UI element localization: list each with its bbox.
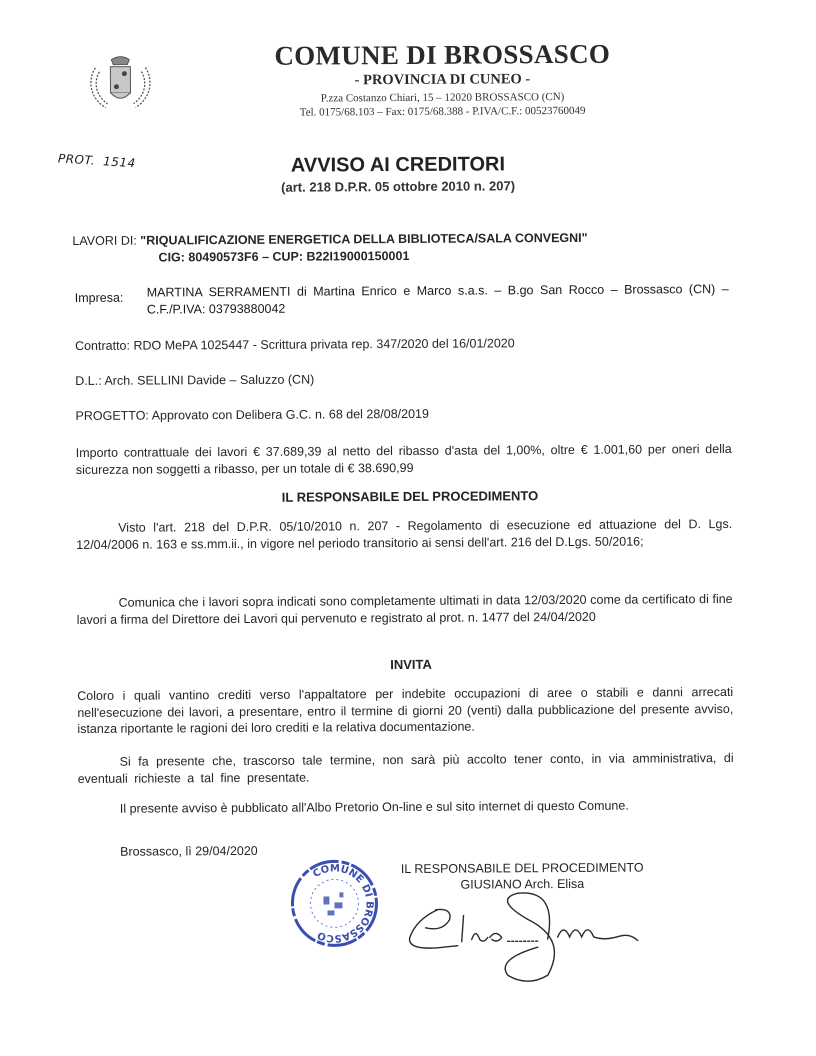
progetto-line: PROGETTO: Approvato con Delibera G.C. n.…	[75, 407, 429, 423]
handwritten-signature-icon	[397, 878, 698, 990]
lavori-line: LAVORI DI: "RIQUALIFICAZIONE ENERGETICA …	[72, 231, 587, 248]
comunica-paragraph: Comunica che i lavori sopra indicati son…	[77, 591, 733, 628]
place-date: Brossasco, lì 29/04/2020	[120, 844, 258, 859]
protocol-annotation: PROT.1514	[58, 151, 137, 170]
impresa-value: MARTINA SERRAMENTI di Martina Enrico e M…	[147, 281, 729, 319]
lavori-label: LAVORI DI:	[72, 234, 136, 248]
municipality-name: COMUNE DI BROSSASCO	[252, 39, 632, 72]
municipal-seal-stamp-icon: COMUNE DI BROSSASCO	[289, 858, 380, 949]
coloro-paragraph: Coloro i quali vantino crediti verso l'a…	[77, 684, 733, 738]
contacts-line: Tel. 0175/68.103 – Fax: 0175/68.388 - P.…	[253, 105, 633, 119]
notice-subtitle: (art. 218 D.P.R. 05 ottobre 2010 n. 207)	[173, 178, 623, 196]
protocol-number: 1514	[103, 154, 136, 170]
signer-title: IL RESPONSABILE DEL PROCEDIMENTO	[372, 860, 672, 876]
address-line: P.zza Costanzo Chiari, 15 – 12020 BROSSA…	[253, 91, 633, 105]
progetto-label: PROGETTO:	[75, 409, 148, 423]
importo-paragraph: Importo contrattuale dei lavori € 37.689…	[76, 441, 732, 478]
lavori-value: "RIQUALIFICAZIONE ENERGETICA DELLA BIBLI…	[140, 231, 587, 248]
si-fa-presente-paragraph: Si fa presente che, trascorso tale termi…	[78, 750, 734, 787]
pubblicato-line: Il presente avviso è pubblicato all'Albo…	[120, 799, 629, 816]
cig-cup-codes: CIG: 80490573F6 – CUP: B22I19000150001	[158, 249, 409, 265]
responsabile-heading: IL RESPONSABILE DEL PROCEDIMENTO	[160, 487, 660, 505]
impresa-label: Impresa:	[75, 291, 124, 305]
notice-title: AVVISO AI CREDITORI	[173, 153, 623, 179]
coat-of-arms-icon	[83, 53, 157, 113]
province-line: - PROVINCIA DI CUNEO -	[252, 71, 632, 90]
invita-heading: INVITA	[161, 655, 661, 673]
direttore-lavori-line: D.L.: Arch. SELLINI Davide – Saluzzo (CN…	[75, 373, 314, 388]
progetto-value: Approvato con Delibera G.C. n. 68 del 28…	[152, 407, 429, 423]
contratto-line: Contratto: RDO MePA 1025447 - Scrittura …	[75, 336, 515, 353]
visto-paragraph: Visto l'art. 218 del D.P.R. 05/10/2010 n…	[76, 516, 732, 553]
document-page: COMUNE DI BROSSASCO - PROVINCIA DI CUNEO…	[0, 0, 816, 1056]
protocol-label: PROT.	[58, 151, 96, 167]
